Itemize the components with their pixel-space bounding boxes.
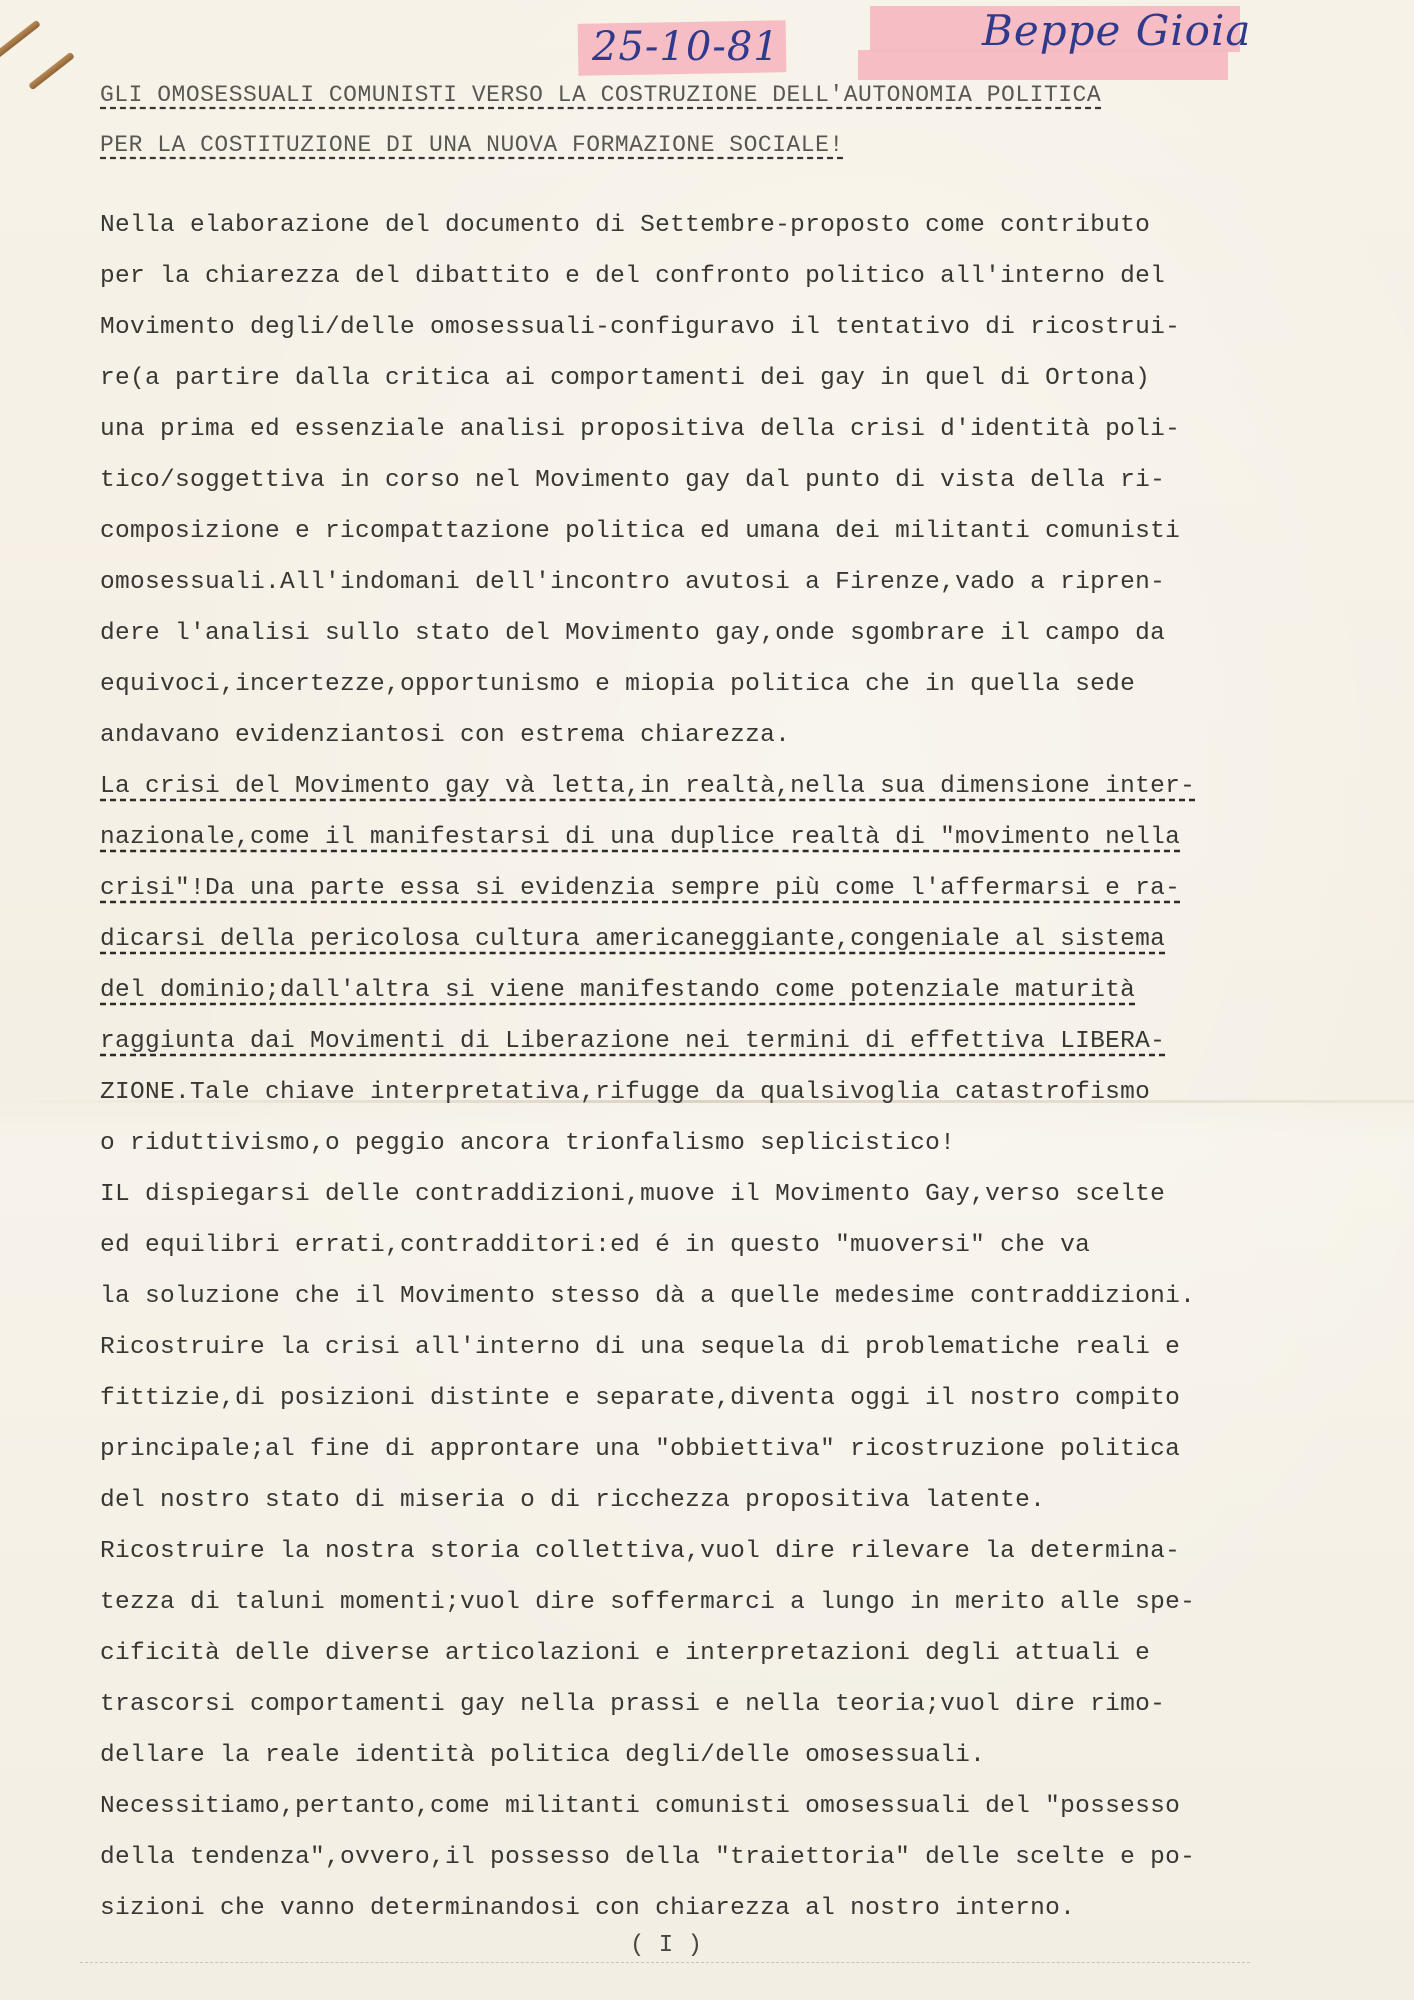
body-line: del dominio;dall'altra si viene manifest… bbox=[100, 965, 1390, 1016]
body-line: ZIONE.Tale chiave interpretativa,rifugge… bbox=[100, 1067, 1390, 1118]
document-title-line-1: GLI OMOSESSUALI COMUNISTI VERSO LA COSTR… bbox=[100, 82, 1101, 108]
body-line: della tendenza",ovvero,il possesso della… bbox=[100, 1832, 1390, 1883]
body-line: crisi"!Da una parte essa si evidenzia se… bbox=[100, 863, 1390, 914]
body-line: trascorsi comportamenti gay nella prassi… bbox=[100, 1679, 1390, 1730]
body-line: sizioni che vanno determinandosi con chi… bbox=[100, 1883, 1390, 1934]
body-line: re(a partire dalla critica ai comportame… bbox=[100, 353, 1390, 404]
body-line: IL dispiegarsi delle contraddizioni,muov… bbox=[100, 1169, 1390, 1220]
handwritten-author: Beppe Gioia bbox=[982, 6, 1251, 55]
handwritten-date: 25-10-81 bbox=[592, 24, 780, 70]
body-line: o riduttivismo,o peggio ancora trionfali… bbox=[100, 1118, 1390, 1169]
body-line: ed equilibri errati,contradditori:ed é i… bbox=[100, 1220, 1390, 1271]
body-line: composizione e ricompattazione politica … bbox=[100, 506, 1390, 557]
body-line: tico/soggettiva in corso nel Movimento g… bbox=[100, 455, 1390, 506]
body-line: nazionale,come il manifestarsi di una du… bbox=[100, 812, 1390, 863]
body-line: Movimento degli/delle omosessuali-config… bbox=[100, 302, 1390, 353]
bottom-rule bbox=[80, 1962, 1250, 1964]
body-line: una prima ed essenziale analisi proposit… bbox=[100, 404, 1390, 455]
body-line: fittizie,di posizioni distinte e separat… bbox=[100, 1373, 1390, 1424]
body-line: dellare la reale identità politica degli… bbox=[100, 1730, 1390, 1781]
body-line: dicarsi della pericolosa cultura america… bbox=[100, 914, 1390, 965]
body-line: per la chiarezza del dibattito e del con… bbox=[100, 251, 1390, 302]
body-line: Ricostruire la crisi all'interno di una … bbox=[100, 1322, 1390, 1373]
body-line: Nella elaborazione del documento di Sett… bbox=[100, 200, 1390, 251]
body-line: equivoci,incertezze,opportunismo e miopi… bbox=[100, 659, 1390, 710]
body-line: La crisi del Movimento gay và letta,in r… bbox=[100, 761, 1390, 812]
body-line: omosessuali.All'indomani dell'incontro a… bbox=[100, 557, 1390, 608]
document-title-line-2: PER LA COSTITUZIONE DI UNA NUOVA FORMAZI… bbox=[100, 132, 844, 158]
page-number: ( I ) bbox=[630, 1932, 702, 1959]
body-line: andavano evidenziantosi con estrema chia… bbox=[100, 710, 1390, 761]
body-line: del nostro stato di miseria o di ricchez… bbox=[100, 1475, 1390, 1526]
body-line: dere l'analisi sullo stato del Movimento… bbox=[100, 608, 1390, 659]
body-line: principale;al fine di approntare una "ob… bbox=[100, 1424, 1390, 1475]
body-line: Ricostruire la nostra storia collettiva,… bbox=[100, 1526, 1390, 1577]
body-line: cificità delle diverse articolazioni e i… bbox=[100, 1628, 1390, 1679]
document-body: Nella elaborazione del documento di Sett… bbox=[100, 200, 1390, 1934]
body-line: la soluzione che il Movimento stesso dà … bbox=[100, 1271, 1390, 1322]
body-line: tezza di taluni momenti;vuol dire soffer… bbox=[100, 1577, 1390, 1628]
body-line: raggiunta dai Movimenti di Liberazione n… bbox=[100, 1016, 1390, 1067]
body-line: Necessitiamo,pertanto,come militanti com… bbox=[100, 1781, 1390, 1832]
